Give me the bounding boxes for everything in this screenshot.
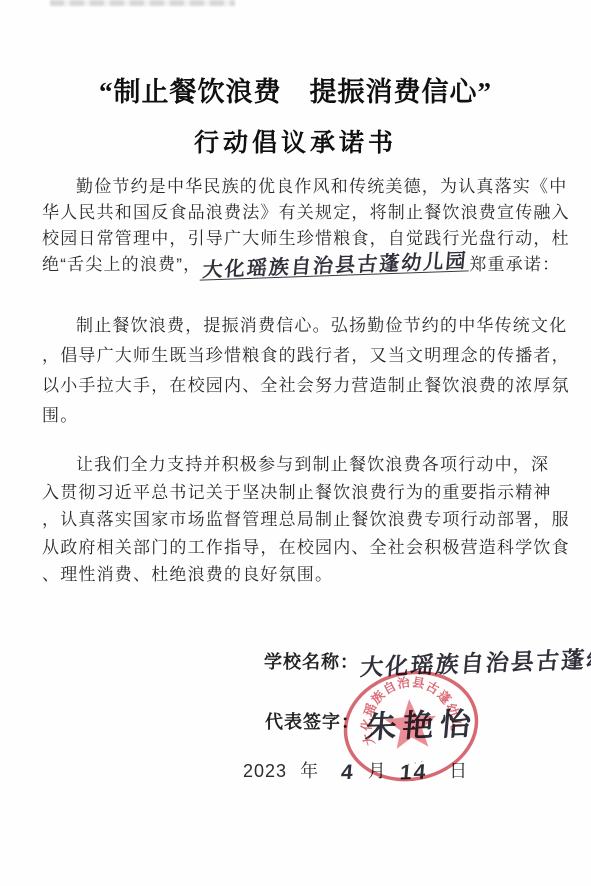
paragraph-line: ，认真落实国家市场监督管理总局制止餐饮浪费专项行动部署，服 (42, 506, 550, 534)
paragraph-2: 制止餐饮浪费，提振消费信心。弘扬勤俭节约的中华传统文化 ，倡导广大师生既当珍惜粮… (42, 311, 550, 431)
paragraph-line: 制止餐饮浪费，提振消费信心。弘扬勤俭节约的中华传统文化 (42, 311, 550, 341)
document-title-line1: “制止餐饮浪费 提振消费信心” (0, 70, 591, 109)
paragraph-line: ，倡导广大师生既当珍惜粮食的践行者，又当文明理念的传播者， (42, 341, 550, 371)
paragraph-line: 华人民共和国反食品浪费法》有关规定，将制止餐饮浪费宣传融入 (42, 200, 550, 226)
handwritten-school-name: 大化瑶族自治县古蓬幼儿园 (359, 639, 591, 682)
printed-text-before-blank: 绝“舌尖上的浪费”， (42, 255, 201, 274)
paragraph-line: 围。 (42, 401, 550, 431)
paragraph-line: 入贯彻习近平总书记关于坚决制止餐饮浪费行为的重要指示精神 (42, 479, 550, 507)
scan-artifact-smudge (50, 0, 235, 6)
handwritten-date-month: 4 (340, 761, 356, 785)
paragraph-line-with-fill-in: 绝“舌尖上的浪费”，大化瑶族自治县古蓬幼儿园郑重承诺： (42, 252, 550, 278)
representative-signature-row: 代表签字：朱艳怡 (265, 700, 477, 745)
date-row: 2023 年 4 月 14 日 (243, 757, 468, 785)
paragraph-3: 让我们全力支持并积极参与到制止餐饮浪费各项行动中，深 入贯彻习近平总书记关于坚决… (42, 451, 550, 589)
date-year: 2023 (243, 761, 287, 781)
paragraph-line: 校园日常管理中，引导广大师生珍惜粮食，自觉践行光盘行动，杜 (42, 226, 550, 252)
paragraph-line: 、理性消费、杜绝浪费的良好氛围。 (42, 561, 550, 589)
date-year-unit: 年 (300, 761, 319, 781)
paragraph-line: 从政府相关部门的工作指导，在校园内、全社会积极营造科学饮食 (42, 534, 550, 562)
date-day-unit: 日 (449, 761, 468, 781)
paragraph-line: 勤俭节约是中华民族的优良作风和传统美德，为认真落实《中 (42, 174, 550, 200)
school-name-label: 学校名称： (264, 652, 359, 672)
document-title-line2: 行动倡议承诺书 (0, 123, 591, 159)
scanned-document-page: “制止餐饮浪费 提振消费信心” 行动倡议承诺书 勤俭节约是中华民族的优良作风和传… (0, 0, 591, 886)
printed-text-after-blank: 郑重承诺： (469, 255, 560, 274)
paragraph-line: 以小手拉大手，在校园内、全社会努力营造制止餐饮浪费的浓厚氛 (42, 371, 550, 401)
handwritten-date-day: 14 (399, 761, 429, 786)
date-month-unit: 月 (368, 761, 387, 781)
school-name-row: 学校名称：大化瑶族自治县古蓬幼儿园 (264, 644, 591, 677)
handwritten-school-name-inline: 大化瑶族自治县古蓬幼儿园 (200, 252, 471, 280)
paragraph-1: 勤俭节约是中华民族的优良作风和传统美德，为认真落实《中 华人民共和国反食品浪费法… (42, 174, 550, 278)
handwritten-signature: 朱艳怡 (364, 698, 479, 747)
paragraph-line: 让我们全力支持并积极参与到制止餐饮浪费各项行动中，深 (42, 451, 550, 479)
signature-label: 代表签字： (265, 712, 360, 732)
